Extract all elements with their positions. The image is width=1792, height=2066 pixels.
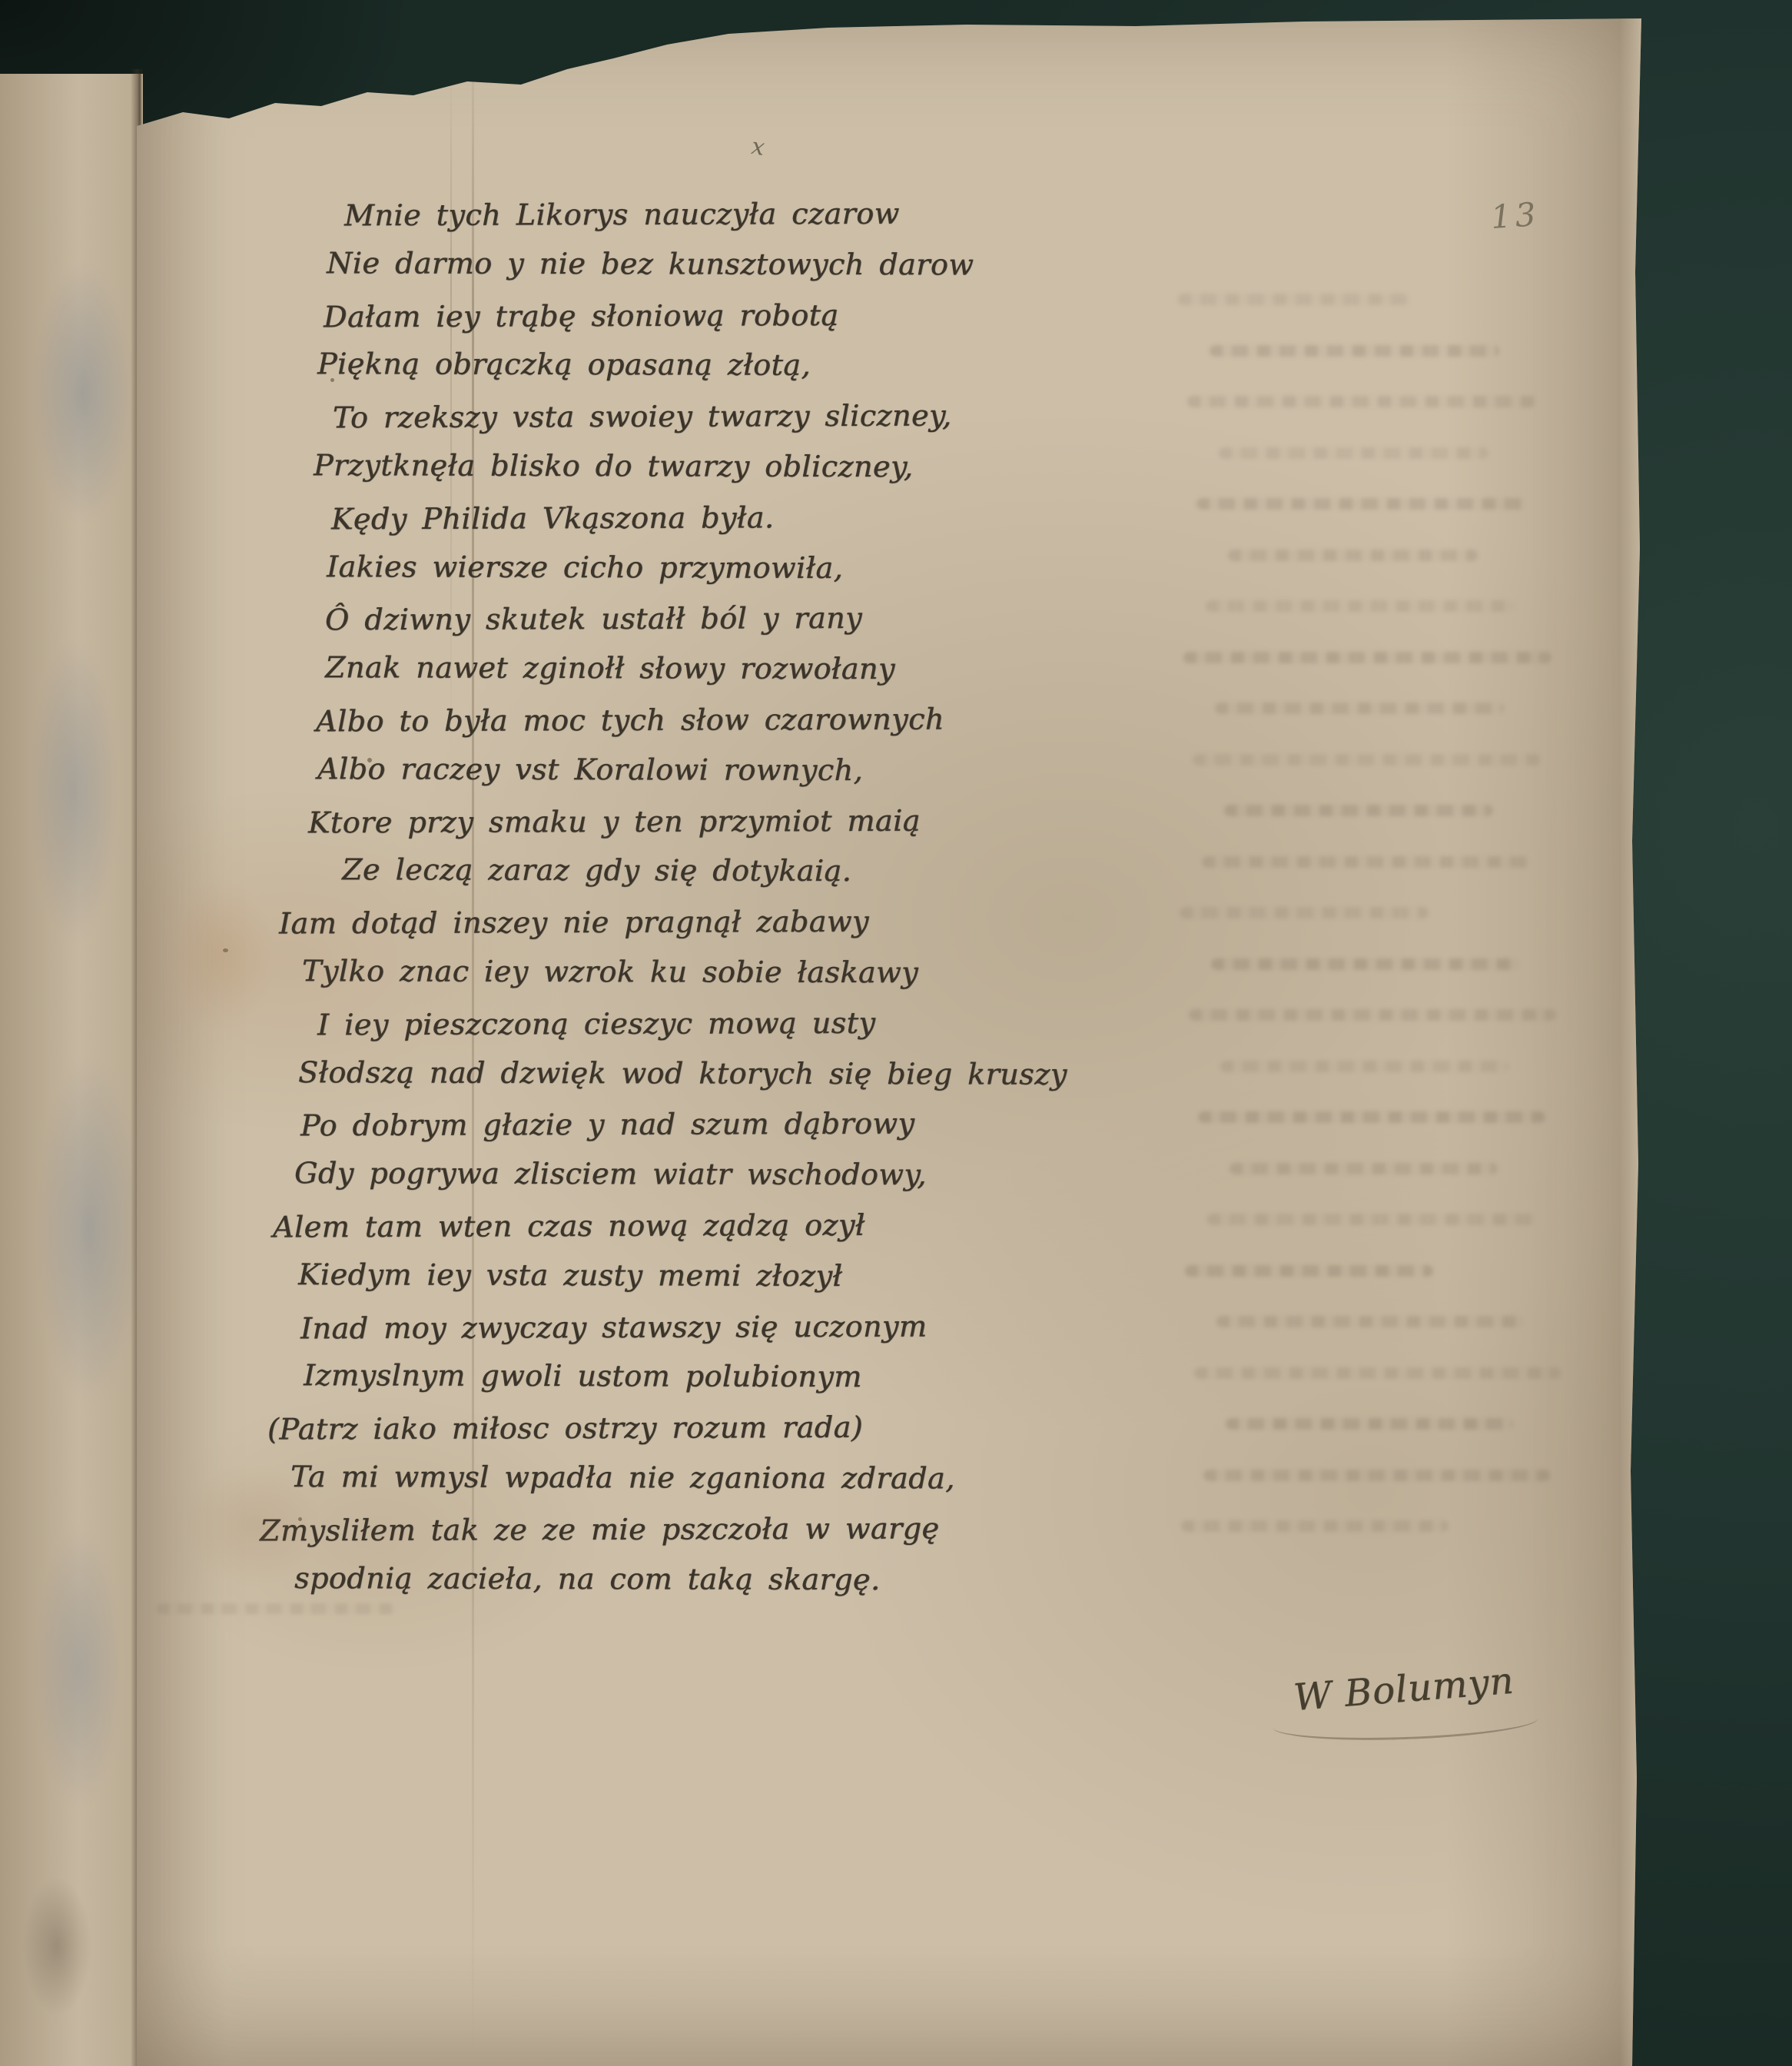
previous-leaf-edge — [0, 74, 143, 2066]
ink-speck — [330, 378, 334, 382]
poem-line: Albo raczey vst Koralowi rownych, — [317, 744, 1366, 797]
paper-stain — [168, 879, 275, 1033]
poem-line: Albo to była moc tych słow czarownych — [316, 693, 1366, 748]
poem-line: (Patrz iako miłosc ostrzy rozum rada) — [267, 1401, 1366, 1456]
top-cross-mark: x — [750, 133, 767, 161]
poem-line: Zmysliłem tak ze ze mie pszczoła w wargę — [260, 1502, 1366, 1556]
paper-stain — [183, 1463, 321, 1586]
poem-line: I iey pieszczoną cieszyc mową usty — [317, 996, 1366, 1051]
poem-line: Alem tam wten czas nową ządzą ozył — [273, 1198, 1366, 1253]
poem-line: Iakies wiersze cicho przymowiła, — [327, 542, 1366, 595]
poem-line: Izmyslnym gwoli ustom polubionym — [304, 1351, 1366, 1404]
poem-line: Ta mi wmysl wpadła nie zganiona zdrada, — [290, 1452, 1366, 1505]
poem-line: To rzekszy vsta swoiey twarzy sliczney, — [333, 390, 1366, 443]
poem-text-block: Mnie tych Likorys nauczyła czarow Nie da… — [137, 189, 1366, 1605]
manuscript-page: x 13 Mnie tych Likorys nauczyła czarow N… — [137, 18, 1641, 2066]
poem-line: Znak nawet zginołł słowy rozwołany — [325, 643, 1366, 696]
poem-line: spodnią zacieła, na com taką skargę. — [294, 1553, 1366, 1606]
poem-line: Piękną obrączką opasaną złotą, — [317, 340, 1366, 393]
poem-line: Inad moy zwyczay stawszy się uczonym — [300, 1300, 1366, 1354]
poem-line: Mnie tych Likorys nauczyła czarow — [344, 188, 1366, 241]
poem-line: Kędy Philida Vkąszona była. — [331, 490, 1366, 544]
poem-line: Ze leczą zaraz gdy się dotykaią. — [342, 845, 1366, 898]
manuscript-page-scan: x 13 Mnie tych Likorys nauczyła czarow N… — [0, 0, 1792, 2066]
poem-line: Dałam iey trąbę słoniową robotą — [324, 288, 1366, 343]
folio-page-number: 13 — [1489, 195, 1541, 236]
poem-line: Nie darmo y nie bez kunsztowych darow — [327, 238, 1366, 291]
poem-line: Ô dziwny skutek ustałł ból y rany — [325, 592, 1366, 646]
poem-line: Tylko znac iey wzrok ku sobie łaskawy — [302, 946, 1366, 999]
poem-line: Przytknęła blisko do twarzy obliczney, — [314, 440, 1366, 493]
poem-line: Słodszą nad dzwięk wod ktorych się bieg … — [298, 1048, 1366, 1101]
poem-line: Iam dotąd inszey nie pragnął zabawy — [279, 895, 1366, 950]
poem-line: Kiedym iey vsta zusty memi złozył — [298, 1250, 1366, 1303]
poem-line: Ktore przy smaku y ten przymiot maią — [308, 794, 1366, 849]
poem-line: Po dobrym głazie y nad szum dąbrowy — [300, 1098, 1366, 1152]
poem-line: Gdy pogrywa zlisciem wiatr wschodowy, — [294, 1148, 1366, 1201]
ink-speck — [367, 758, 372, 762]
